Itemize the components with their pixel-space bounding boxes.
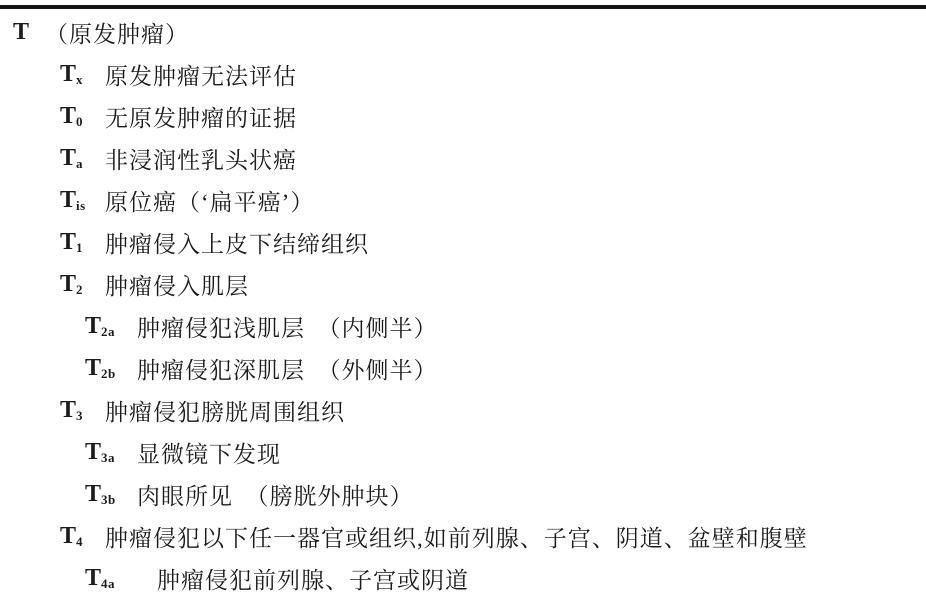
stage-marker: Tis: [60, 187, 105, 214]
staging-row-t2b: T2b 肿瘤侵犯深肌层 （外侧半）: [0, 347, 926, 389]
stage-marker: T3b: [85, 481, 137, 508]
staging-row-t4: T4 肿瘤侵犯以下任一器官或组织,如前列腺、子宫、阴道、盆壁和腹壁: [0, 515, 926, 557]
stage-subscript: is: [76, 198, 86, 213]
stage-marker: Ta: [60, 145, 105, 172]
staging-row-t2: T2 肿瘤侵入肌层: [0, 263, 926, 305]
staging-row-tis: Tis 原位癌（‘扁平癌’）: [0, 179, 926, 221]
stage-description: 非浸润性乳头状癌: [105, 142, 297, 175]
stage-marker: T2: [60, 271, 105, 298]
stage-subscript: 0: [76, 114, 83, 129]
stage-marker: T4a: [85, 565, 157, 592]
stage-description: 肿瘤侵犯深肌层 （外侧半）: [137, 352, 438, 385]
stage-subscript: a: [76, 156, 83, 171]
stage-marker: T3: [60, 397, 105, 424]
staging-row-t4a: T4a 肿瘤侵犯前列腺、子宫或阴道: [0, 557, 926, 599]
stage-description: 肿瘤侵犯以下任一器官或组织,如前列腺、子宫、阴道、盆壁和腹壁: [105, 520, 808, 553]
stage-description: 肿瘤侵犯浅肌层 （内侧半）: [137, 310, 438, 343]
stage-description: 肿瘤侵犯前列腺、子宫或阴道: [157, 562, 469, 595]
stage-marker: T2b: [85, 355, 137, 382]
stage-subscript: 3a: [101, 450, 115, 465]
stage-marker: T2a: [85, 313, 137, 340]
staging-row-t3b: T3b 肉眼所见 （膀胱外肿块）: [0, 473, 926, 515]
stage-marker: Tx: [60, 61, 105, 88]
stage-subscript: 3b: [101, 492, 116, 507]
staging-row-t0: T0 无原发肿瘤的证据: [0, 95, 926, 137]
stage-description: 肿瘤侵入肌层: [105, 268, 249, 301]
document-page: T （原发肿瘤） Tx 原发肿瘤无法评估 T0 无原发肿瘤的证据 Ta 非浸润性…: [0, 5, 926, 599]
stage-subscript: 2: [76, 282, 83, 297]
staging-list: T （原发肿瘤） Tx 原发肿瘤无法评估 T0 无原发肿瘤的证据 Ta 非浸润性…: [0, 9, 926, 599]
staging-row-ta: Ta 非浸润性乳头状癌: [0, 137, 926, 179]
stage-subscript: 3: [76, 408, 83, 423]
stage-description: （原发肿瘤）: [45, 16, 189, 49]
stage-description: 肿瘤侵犯膀胱周围组织: [105, 394, 345, 427]
stage-description: 原发肿瘤无法评估: [105, 58, 297, 91]
stage-subscript: 1: [76, 240, 83, 255]
stage-subscript: 2a: [101, 324, 115, 339]
stage-marker: T: [13, 19, 45, 46]
stage-subscript: 4: [76, 534, 83, 549]
stage-marker: T3a: [85, 439, 137, 466]
stage-description: 肿瘤侵入上皮下结缔组织: [105, 226, 369, 259]
stage-subscript: 4a: [101, 576, 115, 591]
stage-marker: T4: [60, 523, 105, 550]
staging-row-t2a: T2a 肿瘤侵犯浅肌层 （内侧半）: [0, 305, 926, 347]
staging-row-t3a: T3a 显微镜下发现: [0, 431, 926, 473]
stage-description: 显微镜下发现: [137, 436, 281, 469]
stage-subscript: x: [76, 72, 83, 87]
stage-subscript: 2b: [101, 366, 116, 381]
staging-row-t3: T3 肿瘤侵犯膀胱周围组织: [0, 389, 926, 431]
staging-row-t: T （原发肿瘤）: [0, 11, 926, 53]
staging-row-tx: Tx 原发肿瘤无法评估: [0, 53, 926, 95]
staging-row-t1: T1 肿瘤侵入上皮下结缔组织: [0, 221, 926, 263]
stage-description: 肉眼所见 （膀胱外肿块）: [137, 478, 414, 511]
stage-marker: T1: [60, 229, 105, 256]
stage-description: 无原发肿瘤的证据: [105, 100, 297, 133]
stage-marker: T0: [60, 103, 105, 130]
stage-description: 原位癌（‘扁平癌’）: [105, 184, 314, 217]
